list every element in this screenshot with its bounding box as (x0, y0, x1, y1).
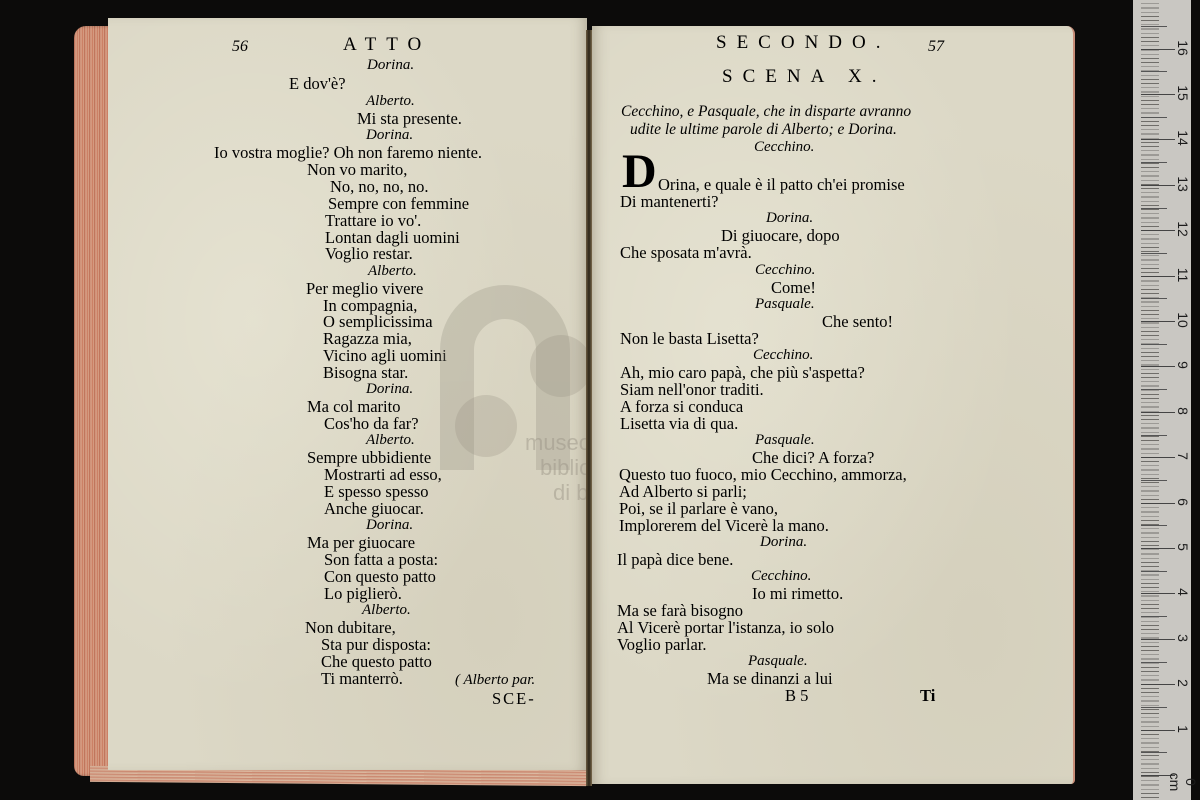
measurement-ruler: 0 cm12345678910111213141516 (1133, 0, 1191, 800)
scene-description: udite le ultime parole di Alberto; e Dor… (630, 121, 897, 138)
signature-mark: B 5 (785, 687, 808, 704)
ruler-half-tick (1141, 389, 1167, 390)
verse-line: Al Vicerè portar l'istanza, io solo (617, 619, 834, 636)
ruler-major-tick (1141, 593, 1175, 594)
ruler-label: 16 (1175, 36, 1191, 60)
watermark-dot (530, 335, 592, 397)
speaker-label: Dorina. (366, 517, 413, 534)
verse-line: Sempre con femmine (328, 195, 469, 212)
verse-line: Anche giuocar. (324, 500, 424, 517)
verse-line: Che sento! (822, 313, 893, 330)
ruler-label: 7 (1175, 444, 1191, 468)
verse-line: Che sposata m'avrà. (620, 244, 752, 261)
speaker-label: Pasquale. (755, 296, 815, 313)
ruler-half-tick (1141, 253, 1167, 254)
ruler-label: 0 cm (1167, 770, 1199, 794)
verse-line: Mostrarti ad esso, (324, 466, 442, 483)
verse-line: Implorerem del Vicerè la mano. (619, 517, 829, 534)
ruler-half-tick (1141, 435, 1167, 436)
ruler-label: 11 (1175, 263, 1191, 287)
verse-line: Lo piglierò. (324, 585, 402, 602)
ruler-label: 14 (1175, 126, 1191, 150)
verse-line: Ti manterrò. (321, 670, 403, 687)
ruler-major-tick (1141, 457, 1175, 458)
speaker-label: Dorina. (760, 534, 807, 551)
verse-line: Sempre ubbidiente (307, 449, 431, 466)
verse-line: Cos'ho da far? (324, 415, 419, 432)
ruler-half-tick (1141, 707, 1167, 708)
verse-line: Ragazza mia, (323, 330, 412, 347)
ruler-major-tick (1141, 730, 1175, 731)
ruler-major-tick (1141, 412, 1175, 413)
ruler-label: 12 (1175, 217, 1191, 241)
verse-line: Ad Alberto si parli; (619, 483, 747, 500)
ruler-half-tick (1141, 117, 1167, 118)
ruler-label: 15 (1175, 81, 1191, 105)
verse-line: Ma col marito (307, 398, 400, 415)
ruler-major-tick (1141, 94, 1175, 95)
speaker-label: Cecchino. (753, 347, 813, 364)
verse-line: Che dici? A forza? (752, 449, 874, 466)
verse-line: Di mantenerti? (620, 193, 719, 210)
verse-line: Io vostra moglie? Oh non faremo niente. (214, 144, 482, 161)
verse-line: Ma se dinanzi a lui (707, 670, 833, 687)
verse-line: Trattare io vo'. (325, 212, 421, 229)
verse-line: Sta pur disposta: (321, 636, 431, 653)
book-scan: 56 ATTO Dorina. E dov'è? Alberto. Mi sta… (0, 0, 1200, 800)
verse-line: Voglio parlar. (617, 636, 707, 653)
ruler-major-tick (1141, 548, 1175, 549)
verse-line: Per meglio vivere (306, 280, 423, 297)
ruler-label: 8 (1175, 399, 1191, 423)
stage-direction: ( Alberto par. (455, 672, 535, 689)
verse-line: Di giuocare, dopo (721, 227, 840, 244)
verse-line: Non vo marito, (307, 161, 407, 178)
ruler-label: 2 (1175, 671, 1191, 695)
ruler-label: 9 (1175, 353, 1191, 377)
verse-line: Io mi rimetto. (752, 585, 843, 602)
scene-description: Cecchino, e Pasquale, che in disparte av… (621, 103, 911, 120)
verse-line: Ah, mio caro papà, che più s'aspetta? (620, 364, 865, 381)
ruler-half-tick (1141, 298, 1167, 299)
ruler-label: 4 (1175, 580, 1191, 604)
speaker-label: Dorina. (366, 127, 413, 144)
ruler-major-tick (1141, 503, 1175, 504)
ruler-major-tick (1141, 639, 1175, 640)
verse-line: Poi, se il parlare è vano, (619, 500, 778, 517)
page-number-left: 56 (232, 38, 248, 55)
ruler-major-tick (1141, 684, 1175, 685)
ruler-label: 10 (1175, 308, 1191, 332)
verse-line: E spesso spesso (324, 483, 429, 500)
verse-line: Mi sta presente. (357, 110, 462, 127)
speaker-label: Dorina. (367, 57, 414, 74)
speaker-label: Alberto. (362, 602, 411, 619)
ruler-major-tick (1141, 185, 1175, 186)
ruler-half-tick (1141, 480, 1167, 481)
speaker-label: Alberto. (366, 432, 415, 449)
ruler-major-tick (1141, 321, 1175, 322)
verse-line: Bisogna star. (323, 364, 408, 381)
speaker-label: Cecchino. (755, 262, 815, 279)
ruler-major-tick (1141, 366, 1175, 367)
verse-line: Siam nell'onor traditi. (620, 381, 764, 398)
verse-line: E dov'è? (289, 75, 346, 92)
catchword-right: Ti (920, 687, 935, 704)
verse-line: Questo tuo fuoco, mio Cecchino, ammorza, (619, 466, 907, 483)
verse-line: O semplicissima (323, 313, 433, 330)
speaker-label: Dorina. (766, 210, 813, 227)
verse-line: Orina, e quale è il patto ch'ei promise (658, 176, 905, 193)
verse-line: A forza si conduca (620, 398, 743, 415)
verse-line: Come! (771, 279, 816, 296)
speaker-label: Alberto. (368, 263, 417, 280)
ruler-label: 13 (1175, 172, 1191, 196)
ruler-label: 3 (1175, 626, 1191, 650)
verse-line: Non le basta Lisetta? (620, 330, 759, 347)
verse-line: Con questo patto (324, 568, 436, 585)
running-head-right: SECONDO. (716, 34, 890, 51)
ruler-half-tick (1141, 525, 1167, 526)
verse-line: Son fatta a posta: (324, 551, 438, 568)
speaker-label: Pasquale. (748, 653, 808, 670)
speaker-label: Dorina. (366, 381, 413, 398)
drop-cap: D (622, 152, 657, 192)
page-number-right: 57 (928, 38, 944, 55)
ruler-label: 1 (1175, 717, 1191, 741)
ruler-major-tick (1141, 139, 1175, 140)
watermark-dot (455, 395, 517, 457)
verse-line: Lisetta via di qua. (620, 415, 738, 432)
ruler-half-tick (1141, 616, 1167, 617)
ruler-half-tick (1141, 662, 1167, 663)
running-head-left: ATTO (343, 36, 431, 53)
verse-line: Voglio restar. (325, 245, 413, 262)
speaker-label: Cecchino. (754, 139, 814, 156)
verse-line: Ma per giuocare (307, 534, 415, 551)
ruler-major-tick (1141, 49, 1175, 50)
verse-line: Che questo patto (321, 653, 432, 670)
catchword-left: SCE- (492, 690, 536, 707)
ruler-half-tick (1141, 752, 1167, 753)
verse-line: Vicino agli uomini (323, 347, 447, 364)
verse-line: Non dubitare, (305, 619, 396, 636)
ruler-half-tick (1141, 26, 1167, 27)
speaker-label: Alberto. (366, 93, 415, 110)
verse-line: Ma se farà bisogno (617, 602, 743, 619)
ruler-half-tick (1141, 208, 1167, 209)
ruler-major-tick (1141, 276, 1175, 277)
ruler-half-tick (1141, 344, 1167, 345)
ruler-major-tick (1141, 230, 1175, 231)
verse-line: No, no, no, no. (330, 178, 429, 195)
ruler-half-tick (1141, 571, 1167, 572)
speaker-label: Cecchino. (751, 568, 811, 585)
ruler-label: 6 (1175, 490, 1191, 514)
verse-line: Il papà dice bene. (617, 551, 733, 568)
ruler-label: 5 (1175, 535, 1191, 559)
speaker-label: Pasquale. (755, 432, 815, 449)
ruler-half-tick (1141, 162, 1167, 163)
scene-heading: SCENA X. (722, 68, 886, 85)
ruler-half-tick (1141, 71, 1167, 72)
